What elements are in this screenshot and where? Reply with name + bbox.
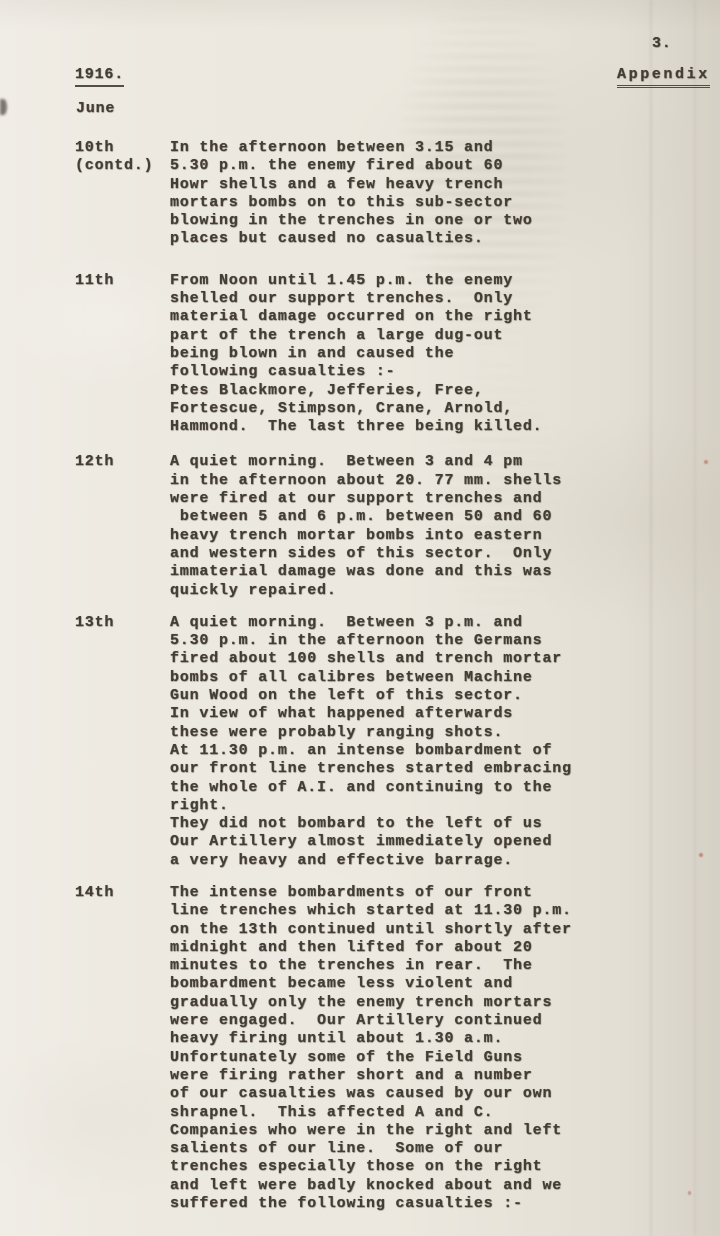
diary-entry: 14th The intense bombardments of our fro… <box>0 884 720 1213</box>
entry-date-label: 13th <box>75 614 170 632</box>
page-number: 3. <box>652 35 672 53</box>
month-heading: June <box>76 100 115 118</box>
diary-entry: 11th From Noon until 1.45 p.m. the enemy… <box>0 272 720 437</box>
appendix-heading: Appendix <box>617 66 710 88</box>
entry-date: 12th <box>0 453 170 599</box>
entry-date: 14th <box>0 884 170 1213</box>
left-edge-ink-mark <box>0 99 7 115</box>
entry-date-label: 14th <box>75 884 170 902</box>
diary-entries: 10th (contd.) In the afternoon between 3… <box>0 139 720 1213</box>
diary-entry: 12th A quiet morning. Between 3 and 4 pm… <box>0 453 720 599</box>
diary-entry: 13th A quiet morning. Between 3 p.m. and… <box>0 614 720 870</box>
entry-text: The intense bombardments of our front li… <box>170 884 640 1213</box>
entry-text: In the afternoon between 3.15 and 5.30 p… <box>170 139 640 249</box>
entry-date-label: 10th <box>75 139 170 157</box>
entry-text: From Noon until 1.45 p.m. the enemy shel… <box>170 272 640 437</box>
diary-page: 3. 1916. Appendix June 10th (contd.) In … <box>0 0 720 1236</box>
entry-date-note: (contd.) <box>75 157 170 175</box>
entry-date: 11th <box>0 272 170 437</box>
entry-date-label: 12th <box>75 453 170 471</box>
entry-date: 13th <box>0 614 170 870</box>
entry-text: A quiet morning. Between 3 and 4 pm in t… <box>170 453 640 599</box>
entry-text: A quiet morning. Between 3 p.m. and 5.30… <box>170 614 640 870</box>
year-heading: 1916. <box>75 66 124 87</box>
entry-date: 10th (contd.) <box>0 139 170 249</box>
diary-entry: 10th (contd.) In the afternoon between 3… <box>0 139 720 249</box>
entry-date-label: 11th <box>75 272 170 290</box>
